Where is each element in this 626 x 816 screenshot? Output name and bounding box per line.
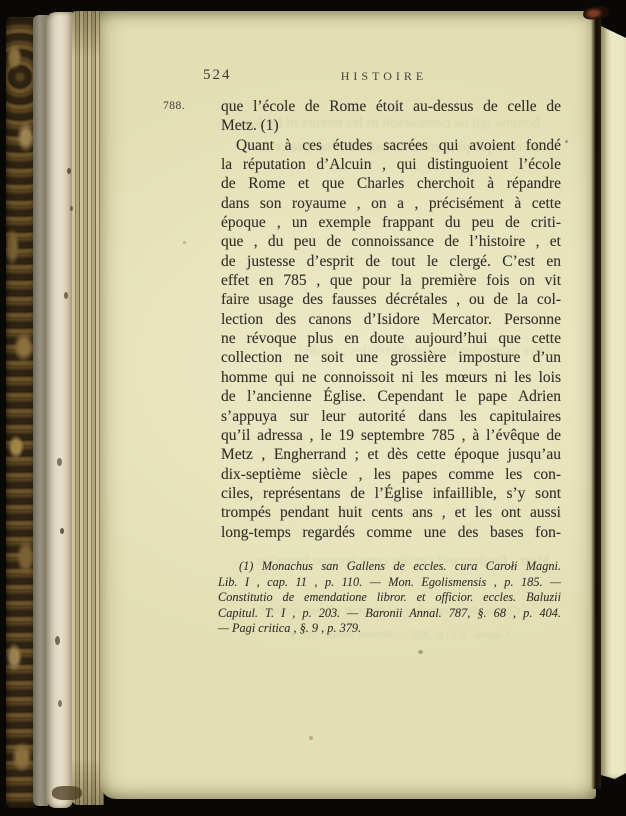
body-line: dans son royaume , on a , précisément à … bbox=[221, 194, 561, 213]
footnote: (1) Monachus san Gallens de eccles. cura… bbox=[218, 559, 561, 637]
ink-speck bbox=[565, 140, 568, 143]
edge-speck bbox=[67, 168, 71, 174]
headband bbox=[582, 4, 610, 20]
edge-speck bbox=[57, 458, 62, 466]
page-number: 524 bbox=[203, 67, 232, 84]
gutter-fold bbox=[591, 14, 601, 789]
margin-note-year: 788. bbox=[163, 100, 185, 112]
body-line: Quant à ces études sacrées qui avoient f… bbox=[221, 136, 561, 155]
edge-speck bbox=[58, 700, 62, 707]
next-page-edge bbox=[601, 16, 626, 779]
footnote-line: Constitutio de emendatione libror. et of… bbox=[218, 590, 561, 606]
body-line: lection des canons d’Isidore Mercator. P… bbox=[221, 310, 561, 329]
footnote-line: Capitul. T. I , p. 203. — Baronii Annal.… bbox=[218, 606, 561, 622]
footnote-line: Lib. I , cap. 11 , p. 110. — Mon. Egolis… bbox=[218, 575, 561, 591]
body-line: que , du peu de connoissance de l’histoi… bbox=[221, 232, 561, 251]
foxing-spot bbox=[418, 650, 423, 654]
body-line: de l’ancienne Église. Cependant le pape … bbox=[221, 387, 561, 406]
body-line: trompés pendant huit cents ans , et les … bbox=[221, 503, 561, 522]
body-line: Metz. (1) bbox=[221, 116, 561, 135]
body-text: que l’école de Rome étoit au-dessus de c… bbox=[221, 97, 561, 542]
body-line: ciles, représentans de l’Église infailli… bbox=[221, 484, 561, 503]
body-line: homme qui ne connoissoit ni les mœurs ni… bbox=[221, 368, 561, 387]
body-line: de justesse d’esprit de tout le clergé. … bbox=[221, 252, 561, 271]
edge-speck bbox=[60, 528, 64, 534]
body-line: de Rome et que Charles cherchoit à répan… bbox=[221, 174, 561, 193]
edge-speck bbox=[55, 636, 60, 645]
foxing-spot bbox=[309, 736, 313, 740]
body-line: long-temps regardés comme une des bases … bbox=[221, 523, 561, 542]
deckle-page-edge bbox=[46, 12, 73, 808]
edge-smudge bbox=[52, 786, 82, 800]
body-line: époque , un exemple frappant du peu de c… bbox=[221, 213, 561, 232]
body-line: ne révoque plus en doute aujourd’hui que… bbox=[221, 329, 561, 348]
body-line: que l’école de Rome étoit au-dessus de c… bbox=[221, 97, 561, 116]
body-line: s’appuya sur leur autorité dans les capi… bbox=[221, 407, 561, 426]
foxing-spot bbox=[183, 241, 186, 244]
body-line: Metz , Engherrand ; et dès cette époque … bbox=[221, 445, 561, 464]
body-line: faire usage des fausses décrétales , ou … bbox=[221, 290, 561, 309]
marbled-cover-edge bbox=[6, 17, 36, 808]
footnote-line: (1) Monachus san Gallens de eccles. cura… bbox=[218, 559, 561, 575]
book-scan: homme qui ne connoissoit ni les mœurs ni… bbox=[0, 0, 626, 816]
footnote-line: — Pagi critica , §. 9 , p. 379. bbox=[218, 621, 561, 637]
body-line: effet en 785 , que pour la première fois… bbox=[221, 271, 561, 290]
edge-speck bbox=[64, 292, 68, 299]
body-line: qu’il adressa , le 19 septembre 785 , à … bbox=[221, 426, 561, 445]
running-title: HISTOIRE bbox=[336, 69, 432, 84]
body-line: dix-septième siècle , les papes comme le… bbox=[221, 465, 561, 484]
body-line: la réputation d’Alcuin , qui distinguoie… bbox=[221, 155, 561, 174]
body-line: collection ne soit une grossière impostu… bbox=[221, 348, 561, 367]
edge-speck bbox=[70, 206, 73, 211]
